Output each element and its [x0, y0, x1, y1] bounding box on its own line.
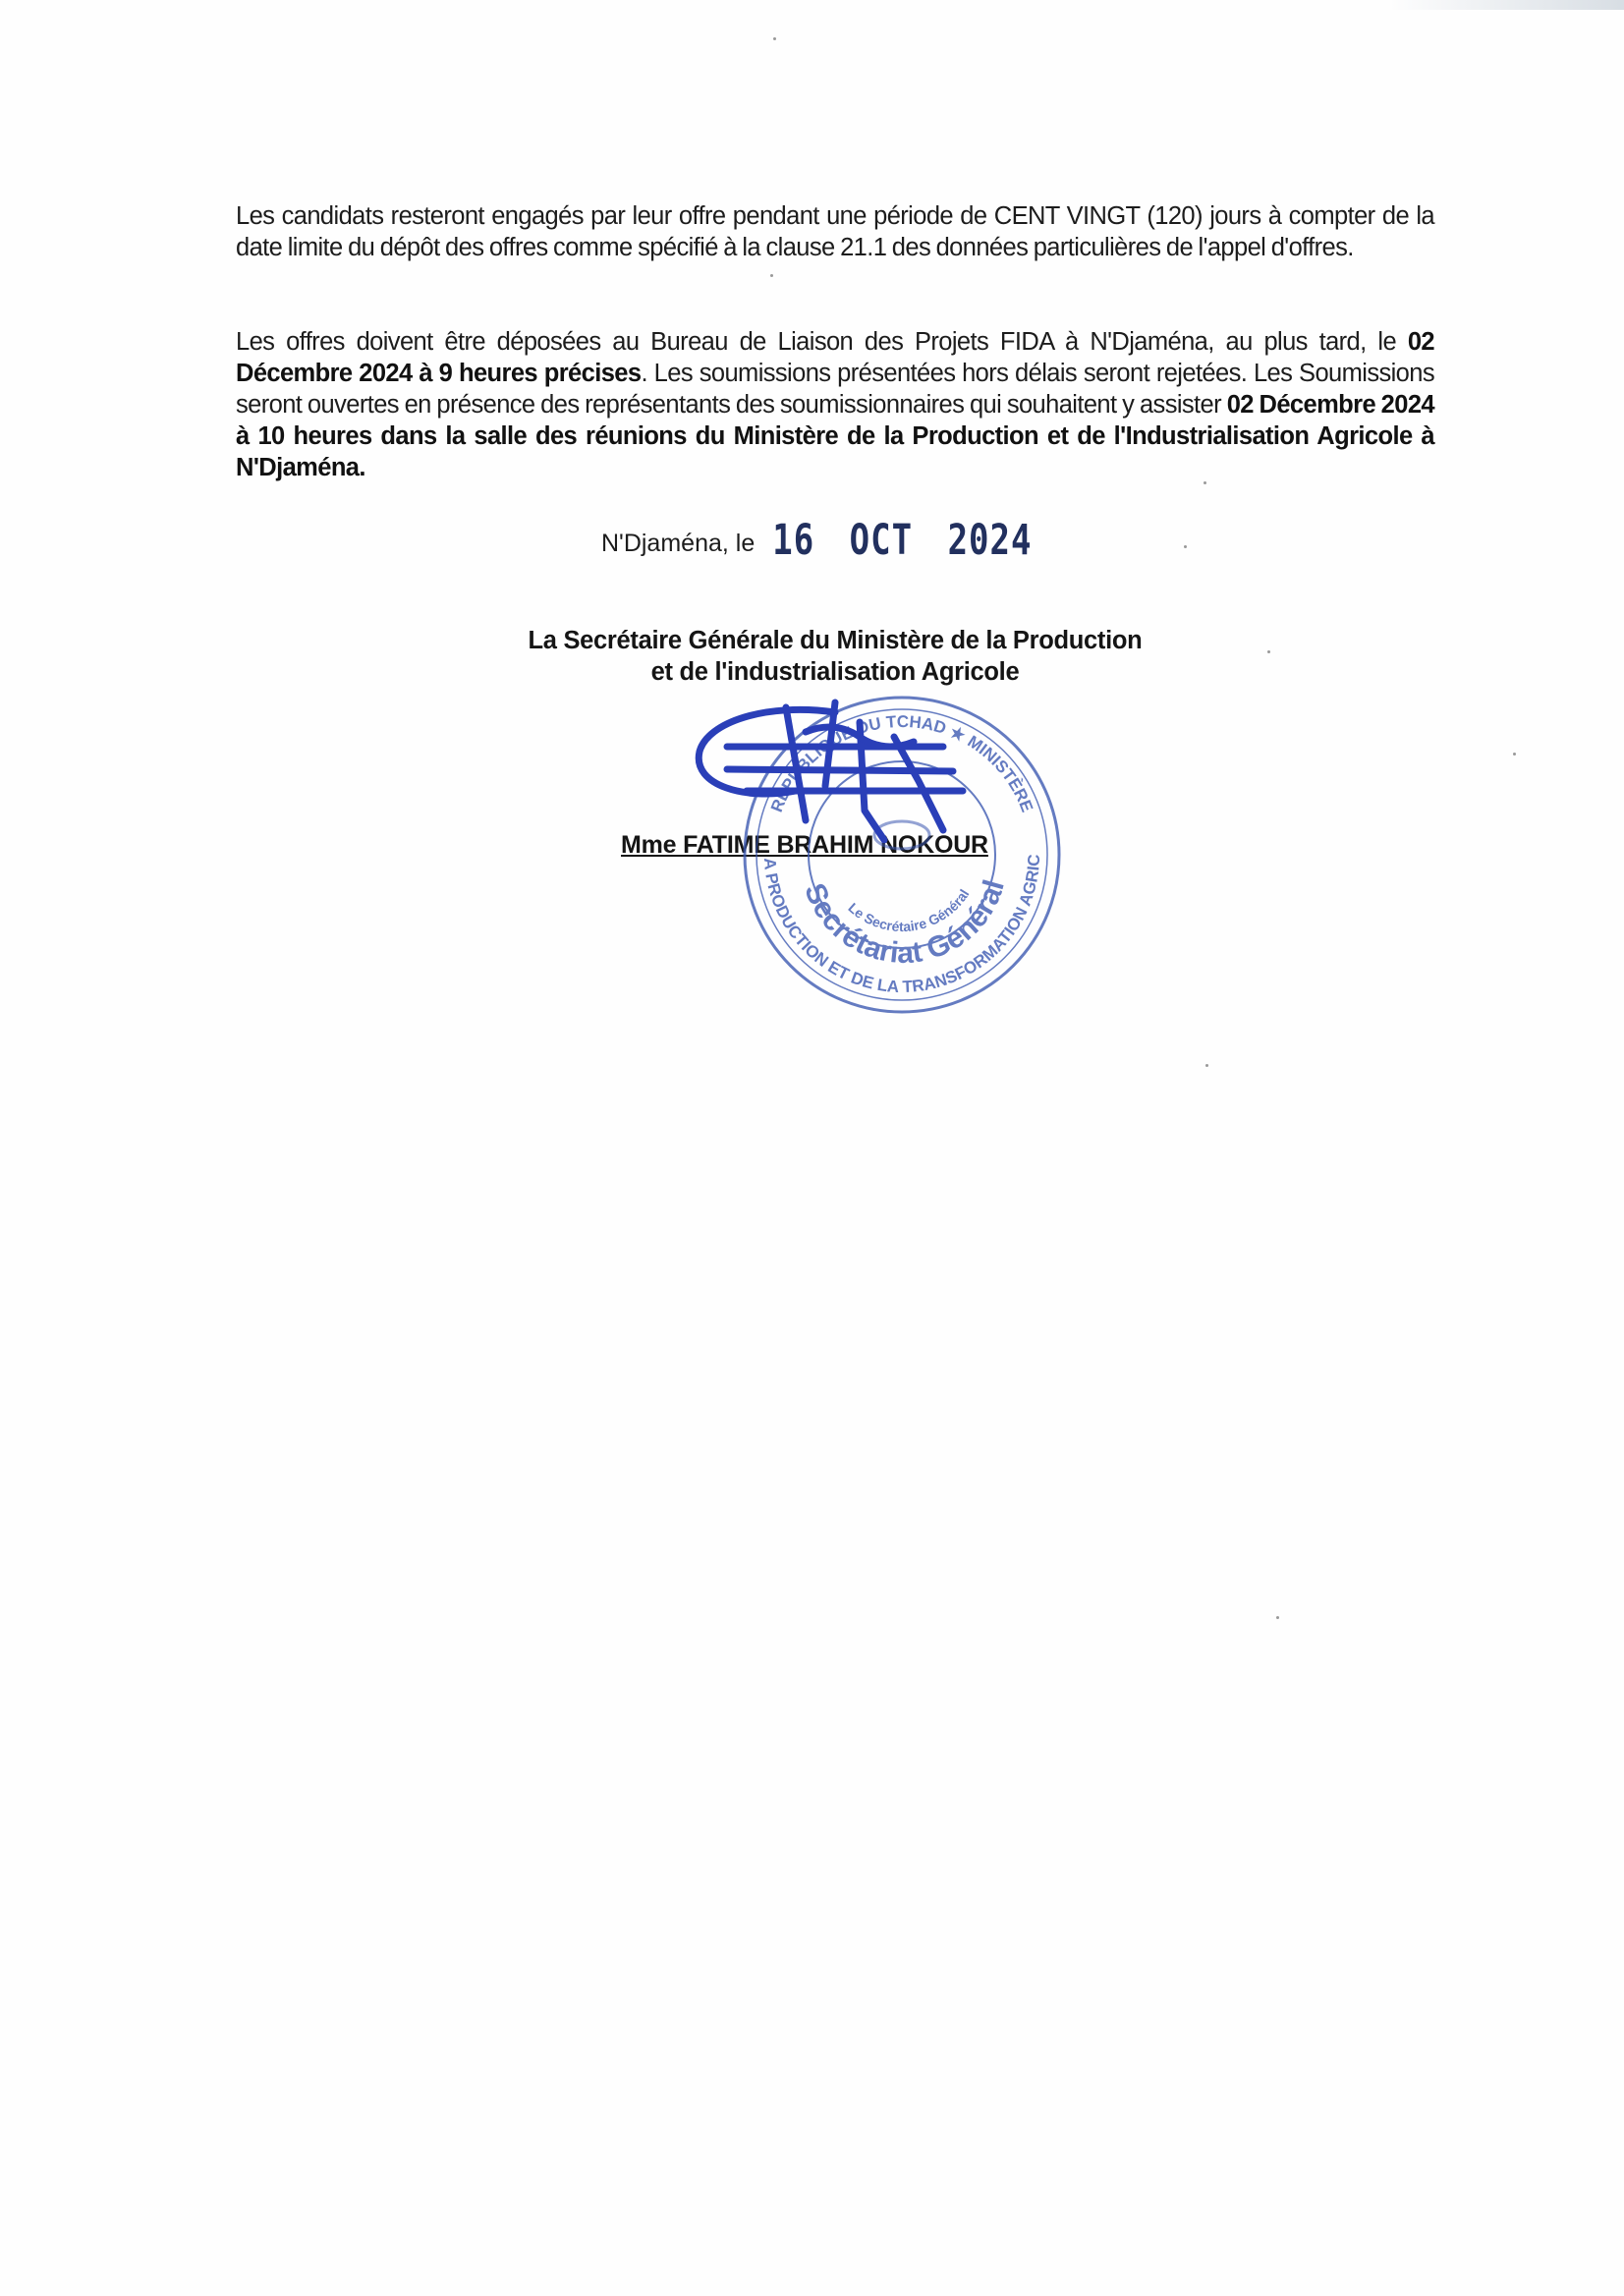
paragraph-validity-period: Les candidats resteront engagés par leur…	[236, 200, 1434, 263]
handwritten-signature	[688, 693, 973, 850]
scan-speck	[1513, 753, 1516, 756]
dateline: N'Djaména, le 16 OCT 2024	[601, 521, 1045, 560]
dateline-place: N'Djaména, le	[601, 530, 755, 558]
date-stamp-month: OCT	[850, 516, 913, 565]
scan-edge-artifact	[1388, 0, 1624, 10]
scan-speck	[1276, 1616, 1279, 1619]
scan-speck	[770, 274, 773, 277]
scanned-document-page: Les candidats resteront engagés par leur…	[0, 0, 1624, 2296]
date-stamp-year: 2024	[948, 516, 1033, 565]
scan-speck	[1204, 481, 1206, 484]
paragraph-submission-deadline: Les offres doivent être déposées au Bure…	[236, 326, 1434, 483]
signatory-title-line2: et de l'industrialisation Agricole	[432, 656, 1238, 688]
signatory-title: La Secrétaire Générale du Ministère de l…	[432, 625, 1238, 688]
date-stamp-day: 16	[772, 516, 814, 565]
scan-speck	[773, 37, 776, 40]
scan-speck	[1267, 650, 1270, 653]
scan-speck	[1205, 1064, 1208, 1067]
paragraph-text: Les candidats resteront engagés par leur…	[236, 202, 1434, 261]
signatory-title-line1: La Secrétaire Générale du Ministère de l…	[432, 625, 1238, 656]
scan-speck	[1184, 545, 1187, 548]
paragraph-text: Les offres doivent être déposées au Bure…	[236, 328, 1408, 356]
date-stamp: 16 OCT 2024	[772, 516, 1045, 565]
